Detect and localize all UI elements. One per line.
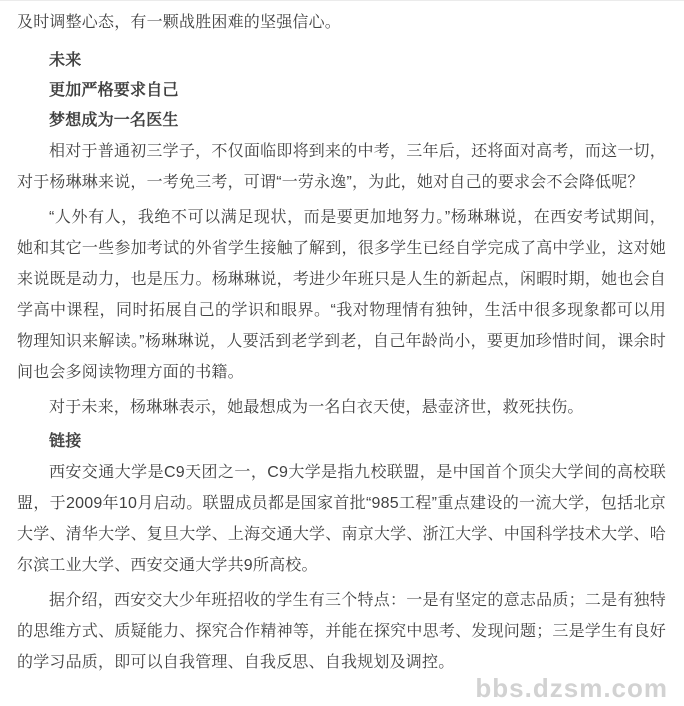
paragraph: 据介绍，西安交大少年班招收的学生有三个特点：一是有坚定的意志品质；二是有独特的思… [17,585,666,678]
paragraph: 对于未来，杨琳琳表示，她最想成为一名白衣天使，悬壶济世，救死扶伤。 [17,392,666,423]
paragraph: 西安交通大学是C9天团之一，C9大学是指九校联盟，是中国首个顶尖大学间的高校联盟… [17,457,666,581]
section-heading: 梦想成为一名医生 [17,106,666,136]
article-body: 及时调整心态，有一颗战胜困难的坚强信心。未来更加严格要求自己梦想成为一名医生相对… [0,1,684,678]
section-heading: 未来 [17,46,666,76]
paragraph: 及时调整心态，有一颗战胜困难的坚强信心。 [17,7,666,38]
section-heading: 更加严格要求自己 [17,76,666,106]
article-page: 及时调整心态，有一颗战胜困难的坚强信心。未来更加严格要求自己梦想成为一名医生相对… [0,0,684,706]
paragraph: 相对于普通初三学子，不仅面临即将到来的中考，三年后，还将面对高考，而这一切，对于… [17,136,666,198]
section-heading: 链接 [17,427,666,457]
site-watermark: bbs.dzsm.com [475,673,668,704]
paragraph: “人外有人，我绝不可以满足现状，而是要更加地努力。”杨琳琳说，在西安考试期间，她… [17,202,666,388]
